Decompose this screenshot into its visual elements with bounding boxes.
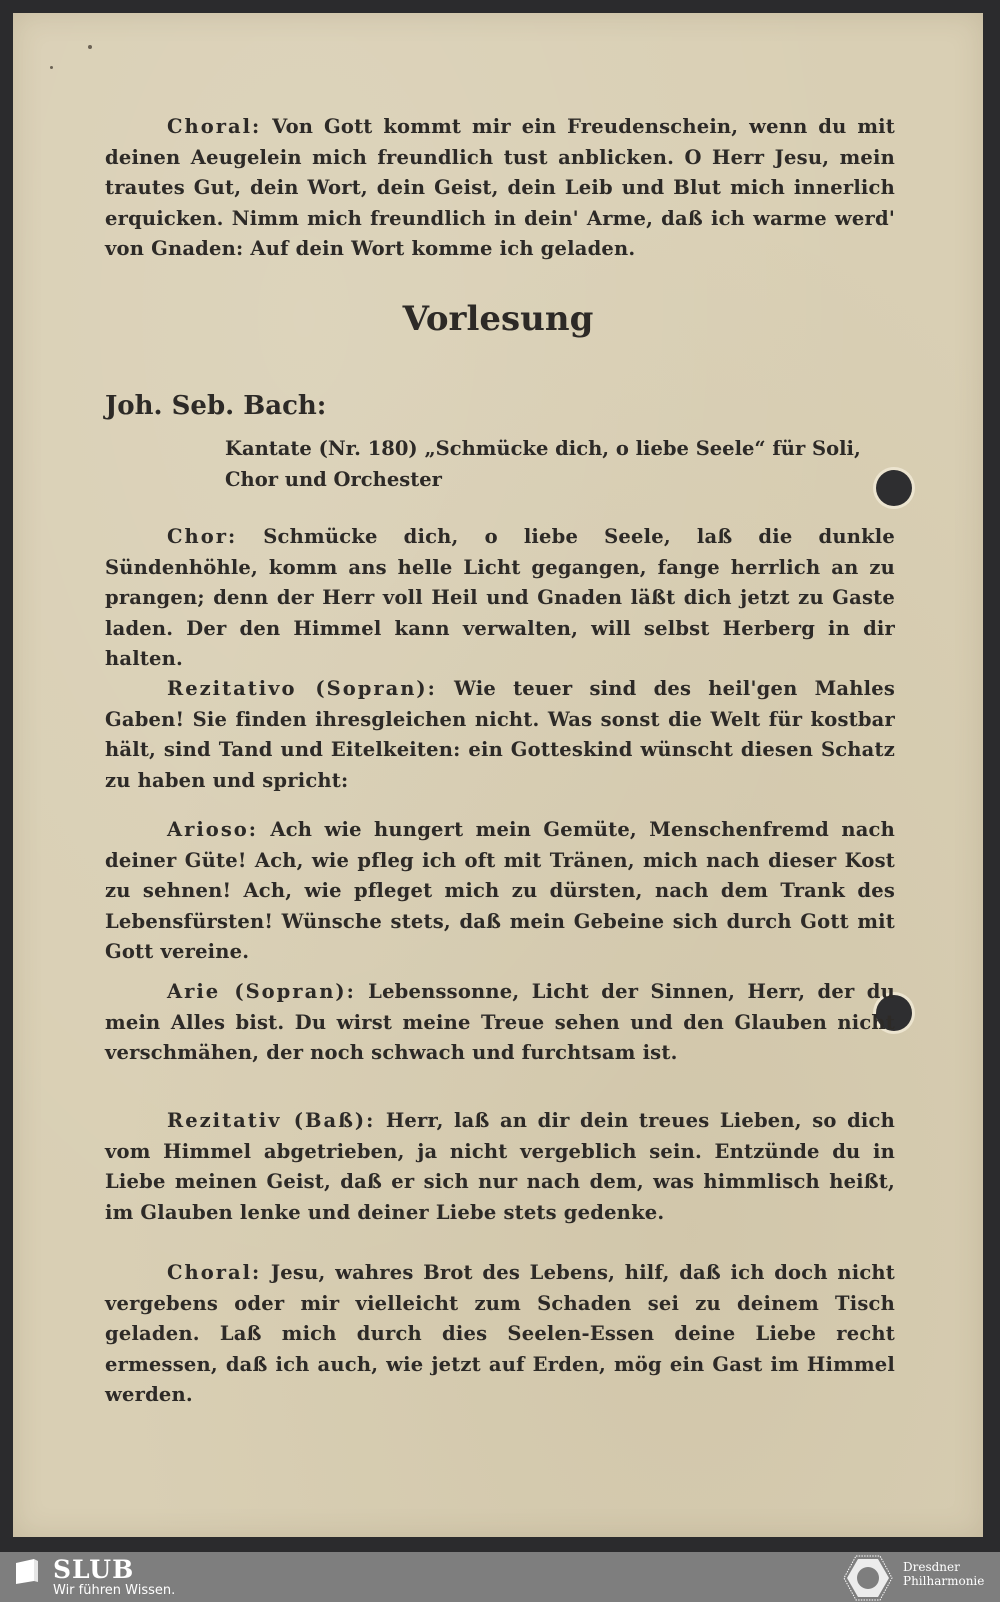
- movement-label: Choral:: [167, 115, 261, 138]
- paper-speck: [50, 66, 53, 69]
- dresdner-philharmonie-logo-icon[interactable]: [842, 1554, 894, 1602]
- movement-rezitativo-sopran: Rezitativo (Sopran): Wie teuer sind des …: [105, 674, 895, 796]
- movement-label: Choral:: [167, 1261, 261, 1284]
- composer-name: Joh. Seb. Bach:: [105, 391, 326, 421]
- movement-label: Arie (Sopran):: [167, 980, 356, 1003]
- work-prefix: Kantate (Nr. 180): [225, 437, 424, 460]
- movement-label: Arioso:: [167, 818, 258, 841]
- scanned-page: Choral: Von Gott kommt mir ein Freudensc…: [13, 13, 983, 1537]
- movement-choral: Choral: Jesu, wahres Brot des Lebens, hi…: [105, 1258, 895, 1411]
- movement-chor: Chor: Schmücke dich, o liebe Seele, laß …: [105, 522, 895, 675]
- movement-rezitativ-bass: Rezitativ (Baß): Herr, laß an dir dein t…: [105, 1106, 895, 1228]
- movement-label: Chor:: [167, 525, 237, 548]
- brand-line-2: Philharmonie: [903, 1574, 984, 1588]
- dresdner-philharmonie-brand[interactable]: Dresdner Philharmonie: [903, 1560, 984, 1588]
- brand-line-1: Dresdner: [903, 1560, 984, 1574]
- footer-bar: SLUB Wir führen Wissen. Dresdner Philhar…: [0, 1552, 1000, 1602]
- paper-speck: [88, 45, 92, 49]
- movement-label: Rezitativo (Sopran):: [167, 677, 437, 700]
- work-title: „Schmücke dich, o liebe Seele“: [424, 437, 765, 460]
- movement-arie-sopran: Arie (Sopran): Lebenssonne, Licht der Si…: [105, 977, 895, 1069]
- section-heading: Vorlesung: [13, 299, 983, 339]
- opening-choral: Choral: Von Gott kommt mir ein Freudensc…: [105, 112, 895, 265]
- work-title-block: Kantate (Nr. 180) „Schmücke dich, o lieb…: [225, 434, 885, 495]
- slub-logo-icon[interactable]: [14, 1557, 40, 1585]
- slub-brand[interactable]: SLUB: [53, 1555, 134, 1584]
- movement-label: Rezitativ (Baß):: [167, 1109, 375, 1132]
- movement-arioso: Arioso: Ach wie hungert mein Gemüte, Men…: [105, 815, 895, 968]
- slub-tagline: Wir führen Wissen.: [53, 1583, 175, 1598]
